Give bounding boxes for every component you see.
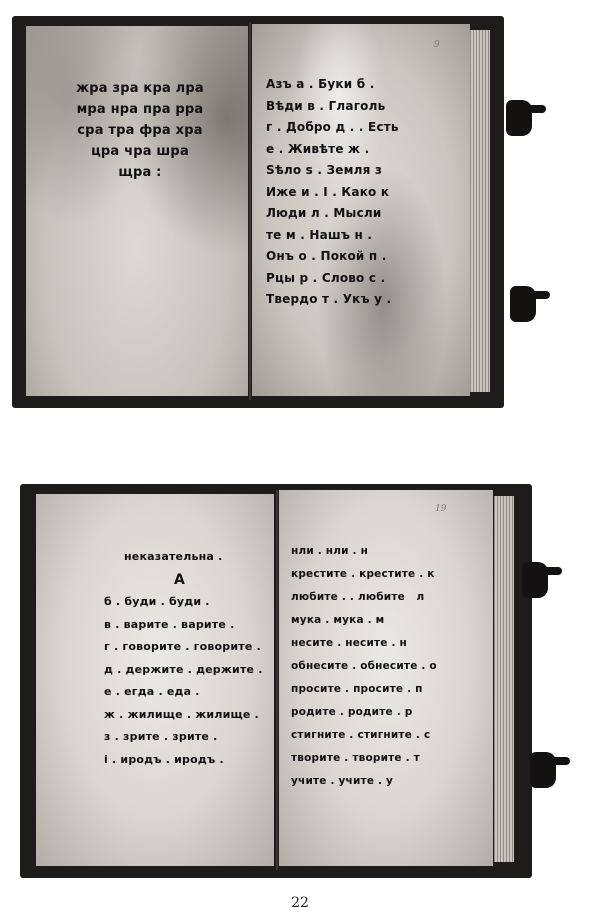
text-line: б . буди . буди . bbox=[104, 591, 263, 614]
left-page: жра зра кра лра мра нра пра рра сра тра … bbox=[26, 26, 248, 396]
text-line: Онъ о . Покой п . bbox=[266, 246, 399, 268]
text-line: Азъ а . Буки б . bbox=[266, 74, 399, 96]
text-line: г . Добро д . . Есть bbox=[266, 117, 399, 139]
text-line: родите . родите . р bbox=[291, 701, 437, 724]
clasp-icon bbox=[522, 562, 548, 598]
text-line: Ѕѣло ѕ . Земля з bbox=[266, 160, 399, 182]
clasp-icon bbox=[530, 752, 556, 788]
text-line: сра тра фра хра bbox=[70, 120, 210, 141]
book-spine bbox=[276, 490, 278, 870]
clasp-icon bbox=[506, 100, 532, 136]
text-line: Иже и . І . Како к bbox=[266, 182, 399, 204]
book-spine bbox=[249, 22, 251, 400]
text-line: і . иродъ . иродъ . bbox=[104, 749, 263, 772]
word-table: нли . нли . н крестите . крестите . к лю… bbox=[291, 540, 437, 793]
text-line: е . Живѣте ж . bbox=[266, 139, 399, 161]
text-line: Вѣди в . Глаголь bbox=[266, 96, 399, 118]
text-line: ж . жилище . жилище . bbox=[104, 704, 263, 727]
clasp-icon bbox=[510, 286, 536, 322]
text-line: стигните . стигните . с bbox=[291, 724, 437, 747]
word-table: неказательна . А б . буди . буди . в . в… bbox=[104, 546, 263, 771]
text-line: творите . творите . т bbox=[291, 747, 437, 770]
alphabet-text: Азъ а . Буки б . Вѣди в . Глаголь г . До… bbox=[266, 74, 399, 311]
text-line: д . держите . держите . bbox=[104, 659, 263, 682]
manuscript-photo-1: жра зра кра лра мра нра пра рра сра тра … bbox=[0, 0, 600, 420]
text-line: учите . учите . у bbox=[291, 770, 437, 793]
text-line: жра зра кра лра bbox=[70, 78, 210, 99]
manuscript-photo-2: неказательна . А б . буди . буди . в . в… bbox=[0, 460, 600, 880]
text-line: мра нра пра рра bbox=[70, 99, 210, 120]
text-line: Люди л . Мысли bbox=[266, 203, 399, 225]
text-line: Рцы р . Слово с . bbox=[266, 268, 399, 290]
text-line: щра : bbox=[70, 162, 210, 183]
text-line: обнесите . обнесите . о bbox=[291, 655, 437, 678]
text-line: просите . просите . п bbox=[291, 678, 437, 701]
folio-number: 9 bbox=[434, 40, 440, 50]
text-line: мука . мука . м bbox=[291, 609, 437, 632]
left-page: неказательна . А б . буди . буди . в . в… bbox=[36, 494, 274, 866]
folio-number: 19 bbox=[435, 504, 446, 514]
text-line: е . егда . еда . bbox=[104, 681, 263, 704]
syllable-text: жра зра кра лра мра нра пра рра сра тра … bbox=[70, 78, 210, 183]
right-page: 19 нли . нли . н крестите . крестите . к… bbox=[279, 490, 493, 866]
page-heading: неказательна . bbox=[104, 546, 263, 569]
text-line: те м . Нашъ н . bbox=[266, 225, 399, 247]
section-letter: А bbox=[104, 569, 263, 592]
text-line: цра чра шра bbox=[70, 141, 210, 162]
text-line: любите . . любите л bbox=[291, 586, 437, 609]
text-line: несите . несите . н bbox=[291, 632, 437, 655]
right-page: 9 Азъ а . Буки б . Вѣди в . Глаголь г . … bbox=[252, 24, 470, 396]
text-line: з . зрите . зрите . bbox=[104, 726, 263, 749]
text-line: г . говорите . говорите . bbox=[104, 636, 263, 659]
page-number: 22 bbox=[0, 895, 600, 911]
text-line: крестите . крестите . к bbox=[291, 563, 437, 586]
page-edges bbox=[494, 496, 514, 862]
text-line: нли . нли . н bbox=[291, 540, 437, 563]
page-edges bbox=[470, 30, 490, 392]
text-line: Твердо т . Укъ у . bbox=[266, 289, 399, 311]
text-line: в . варите . варите . bbox=[104, 614, 263, 637]
